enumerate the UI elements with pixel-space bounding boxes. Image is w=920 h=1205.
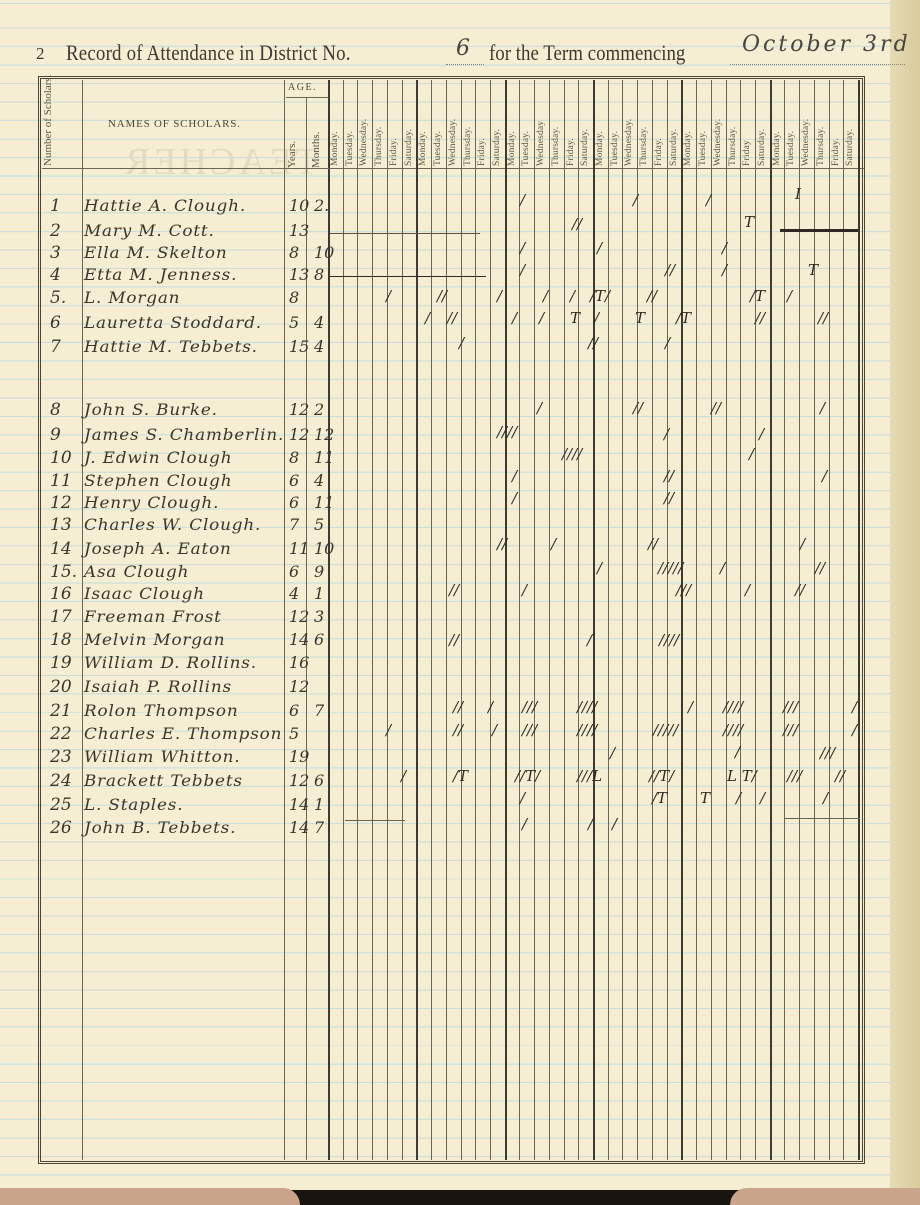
scholar-row: 19William D. Rollins.16 — [44, 653, 864, 673]
scholar-number: 9 — [50, 425, 61, 445]
attendance-mark: ///L — [577, 768, 602, 784]
attendance-mark: / — [852, 699, 857, 715]
scholar-number: 23 — [50, 747, 72, 767]
attendance-mark: /T — [652, 790, 667, 806]
attendance-mark: / — [745, 582, 750, 598]
scholar-name: Isaiah P. Rollins — [84, 677, 232, 696]
scholar-age-years: 11 — [289, 539, 309, 558]
page-edge — [890, 0, 920, 1190]
page-header: 2 Record of Attendance in District No. 6… — [36, 36, 876, 72]
scholar-age-years: 13 — [289, 265, 309, 284]
scholar-row: 20Isaiah P. Rollins12 — [44, 677, 864, 697]
scholar-number: 17 — [50, 607, 72, 627]
thumb-right — [730, 1188, 920, 1205]
attendance-mark: / — [633, 192, 638, 208]
attendance-mark: / — [759, 426, 764, 442]
attendance-mark: / — [512, 490, 517, 506]
attendance-mark: T — [570, 310, 580, 326]
attendance-mark: // — [815, 560, 825, 576]
day-header: Monday. — [418, 84, 430, 166]
scholar-age-months: 7 — [314, 818, 324, 837]
scholar-name: Isaac Clough — [84, 584, 205, 603]
attendance-mark: / — [594, 310, 599, 326]
attendance-mark: / — [610, 745, 615, 761]
scholar-age-years: 19 — [289, 747, 309, 766]
scholar-age-months: 8 — [314, 265, 324, 284]
scholar-age-years: 12 — [289, 425, 309, 444]
district-blank-line — [446, 64, 484, 65]
attendance-mark: // — [755, 310, 765, 326]
term-blank-line — [730, 64, 905, 65]
scholar-row: 8John S. Burke.122 — [44, 400, 864, 420]
attendance-mark: / — [722, 240, 727, 256]
scholar-age-months: 4 — [314, 337, 324, 356]
scholar-age-months: 4 — [314, 471, 324, 490]
day-header: Thursday. — [551, 84, 563, 166]
attendance-mark: T — [744, 214, 754, 230]
attendance-mark: ///// — [653, 722, 678, 738]
attendance-mark: // — [449, 632, 459, 648]
attendance-mark: / — [497, 288, 502, 304]
ink-rule-line — [330, 276, 486, 277]
attendance-mark: T — [808, 262, 818, 278]
district-number: 6 — [456, 36, 470, 61]
day-header: Monday. — [330, 84, 342, 166]
scholar-name: James S. Chamberlin. — [84, 425, 284, 444]
attendance-mark: // — [818, 310, 828, 326]
attendance-mark: / — [520, 262, 525, 278]
day-header: Friday — [742, 84, 754, 166]
attendance-mark: / — [665, 335, 670, 351]
scholar-name: William Whitton. — [84, 747, 240, 766]
scholar-age-years: 13 — [289, 221, 309, 240]
attendance-mark: /T — [453, 768, 468, 784]
ink-rule-line — [785, 818, 860, 819]
attendance-mark: // — [437, 288, 447, 304]
scholar-number: 13 — [50, 515, 72, 535]
day-header: Wednesday. — [448, 84, 460, 166]
attendance-mark: / — [823, 790, 828, 806]
header-years: Years. — [286, 108, 298, 168]
attendance-mark: //// — [497, 424, 517, 440]
attendance-mark: /// — [676, 582, 691, 598]
scholar-age-years: 5 — [289, 313, 299, 332]
scholar-number: 5. — [50, 288, 66, 308]
attendance-mark: L T/ — [727, 768, 757, 784]
attendance-mark: // — [648, 536, 658, 552]
attendance-mark: / — [522, 582, 527, 598]
day-header: Tuesday. — [610, 84, 622, 166]
scholar-age-months: 6 — [314, 771, 324, 790]
attendance-mark: ///// — [658, 560, 683, 576]
scholar-age-years: 16 — [289, 653, 309, 672]
scholar-age-months: 6 — [314, 630, 324, 649]
attendance-mark: / — [520, 240, 525, 256]
day-header: Friday. — [654, 84, 666, 166]
day-header: Friday. — [831, 84, 843, 166]
attendance-mark: // — [647, 288, 657, 304]
attendance-mark: / — [735, 744, 740, 760]
day-header: Monday. — [507, 84, 519, 166]
header-age: AGE. — [288, 82, 317, 93]
scholar-age-months: 2 — [314, 400, 324, 419]
scholar-age-months: 7 — [314, 701, 324, 720]
day-header: Saturday. — [404, 84, 416, 166]
day-header: Friday. — [566, 84, 578, 166]
scholar-age-months: 1 — [314, 584, 324, 603]
attendance-mark: // — [665, 262, 675, 278]
ink-rule-line — [780, 229, 858, 232]
attendance-mark: / — [722, 262, 727, 278]
scholar-row: 7Hattie M. Tebbets.154 — [44, 337, 864, 357]
attendance-mark: / — [492, 722, 497, 738]
scholar-age-years: 10 — [289, 196, 309, 215]
day-header: Friday. — [477, 84, 489, 166]
scholar-number: 18 — [50, 630, 72, 650]
scholar-age-years: 14 — [289, 795, 309, 814]
scholar-name: Charles W. Clough. — [84, 515, 261, 534]
day-header: Thursday. — [816, 84, 828, 166]
attendance-mark: / — [386, 722, 391, 738]
scholar-age-months: 11 — [314, 448, 334, 467]
attendance-mark: / — [459, 335, 464, 351]
day-header: Wednesday. — [801, 84, 813, 166]
scholar-age-months: 10 — [314, 243, 334, 262]
scholar-row: 26John B. Tebbets.147 — [44, 818, 864, 838]
attendance-mark: / — [512, 468, 517, 484]
scholar-number: 3 — [50, 243, 61, 263]
day-header: Thursday. — [639, 84, 651, 166]
scholar-name: Ella M. Skelton — [84, 243, 228, 262]
scholar-row: 13Charles W. Clough.75 — [44, 515, 864, 535]
attendance-mark: // — [588, 335, 598, 351]
scholar-age-months: 11 — [314, 493, 334, 512]
scholar-name: John B. Tebbets. — [84, 818, 236, 837]
day-header: Saturday. — [757, 84, 769, 166]
scholar-row: 12Henry Clough.611 — [44, 493, 864, 513]
attendance-mark: T — [635, 310, 645, 326]
age-underline — [286, 97, 328, 98]
scholar-age-years: 14 — [289, 818, 309, 837]
attendance-mark: / — [800, 536, 805, 552]
day-header: Saturday. — [845, 84, 857, 166]
attendance-mark: / — [664, 426, 669, 442]
scholar-name: John S. Burke. — [84, 400, 218, 419]
day-header: Tuesday. — [345, 84, 357, 166]
attendance-mark: / — [688, 699, 693, 715]
attendance-mark: // — [835, 768, 845, 784]
scholar-number: 25 — [50, 795, 72, 815]
attendance-mark: //// — [562, 446, 582, 462]
attendance-mark: / — [543, 288, 548, 304]
attendance-mark: /// — [522, 722, 537, 738]
scholar-name: L. Morgan — [84, 288, 180, 307]
attendance-mark: / — [522, 816, 527, 832]
attendance-mark: // — [572, 216, 582, 232]
attendance-mark: / — [736, 790, 741, 806]
day-header: Tuesday. — [786, 84, 798, 166]
scholar-age-years: 12 — [289, 400, 309, 419]
day-header: Monday. — [595, 84, 607, 166]
attendance-mark: /// — [522, 699, 537, 715]
scholar-age-years: 15 — [289, 337, 309, 356]
scholar-name: Rolon Thompson — [84, 701, 239, 720]
attendance-mark: /// — [783, 699, 798, 715]
attendance-mark: / — [425, 310, 430, 326]
scholar-number: 11 — [50, 471, 72, 491]
scholar-number: 15. — [50, 562, 77, 582]
attendance-mark: / — [570, 288, 575, 304]
attendance-mark: // — [449, 582, 459, 598]
attendance-mark: / — [706, 192, 711, 208]
day-header: Wednesday. — [359, 84, 371, 166]
term-start: October 3rd — [742, 32, 911, 57]
scholar-age-months: 2. — [314, 196, 329, 215]
day-header: Monday. — [683, 84, 695, 166]
day-header: Tuesday. — [698, 84, 710, 166]
scholar-number: 16 — [50, 584, 72, 604]
scholar-name: Joseph A. Eaton — [84, 539, 232, 558]
scholar-age-months: 12 — [314, 425, 334, 444]
attendance-mark: / — [588, 816, 593, 832]
attendance-mark: / — [760, 790, 765, 806]
scholar-age-years: 8 — [289, 448, 299, 467]
day-header: Tuesday. — [521, 84, 533, 166]
scholar-row: 3Ella M. Skelton810 — [44, 243, 864, 263]
header-names-of-scholars: NAMES OF SCHOLARS. — [108, 118, 241, 130]
scholar-number: 21 — [50, 701, 72, 721]
attendance-mark: // — [711, 400, 721, 416]
scholar-age-years: 12 — [289, 677, 309, 696]
scholar-age-years: 12 — [289, 771, 309, 790]
scholar-number: 19 — [50, 653, 72, 673]
scholar-name: Stephen Clough — [84, 471, 232, 490]
attendance-mark: / — [587, 632, 592, 648]
scholar-name: Charles E. Thompson — [84, 724, 282, 743]
attendance-mark: //// — [577, 699, 597, 715]
day-header: Saturday. — [580, 84, 592, 166]
attendance-mark: / — [520, 790, 525, 806]
scholar-age-months: 5 — [314, 515, 324, 534]
scholar-age-years: 8 — [289, 243, 299, 262]
scholar-age-months: 3 — [314, 607, 324, 626]
scholar-name: Melvin Morgan — [84, 630, 225, 649]
scholar-number: 26 — [50, 818, 72, 838]
attendance-mark: /T — [676, 310, 691, 326]
scholar-name: Asa Clough — [84, 562, 189, 581]
scholar-row: 2Mary M. Cott.13 — [44, 221, 864, 241]
title-prefix: Record of Attendance in District No. — [66, 40, 351, 66]
scholar-row: 11Stephen Clough64 — [44, 471, 864, 491]
day-header: Wednesday — [536, 84, 548, 166]
attendance-mark: / — [537, 400, 542, 416]
page-number: 2 — [36, 44, 45, 64]
attendance-mark: I — [795, 186, 801, 202]
scholar-row: 1Hattie A. Clough.102. — [44, 196, 864, 216]
scholar-age-years: 6 — [289, 493, 299, 512]
scholar-name: J. Edwin Clough — [84, 448, 232, 467]
scholar-name: Hattie A. Clough. — [84, 196, 246, 215]
scholar-number: 8 — [50, 400, 61, 420]
attendance-mark: / — [822, 468, 827, 484]
scholar-number: 6 — [50, 313, 61, 333]
header-number-of-scholars: Number of Scholars. — [42, 94, 80, 166]
scholar-age-months: 10 — [314, 539, 334, 558]
attendance-mark: //// — [723, 722, 743, 738]
ink-rule-line — [345, 820, 405, 821]
scholar-name: William D. Rollins. — [84, 653, 257, 672]
scholar-name: Henry Clough. — [84, 493, 219, 512]
scholar-age-years: 8 — [289, 288, 299, 307]
attendance-mark: / — [539, 310, 544, 326]
attendance-mark: //// — [723, 699, 743, 715]
attendance-mark: // — [447, 310, 457, 326]
attendance-mark: /// — [783, 722, 798, 738]
attendance-mark: / — [401, 768, 406, 784]
scholar-number: 7 — [50, 337, 61, 357]
attendance-mark: / — [720, 560, 725, 576]
header-months: Months. — [310, 108, 322, 168]
attendance-mark: //T/ — [515, 768, 540, 784]
scholar-age-years: 12 — [289, 607, 309, 626]
attendance-mark: //T/ — [649, 768, 674, 784]
attendance-mark: // — [453, 722, 463, 738]
attendance-mark: // — [664, 468, 674, 484]
scholar-age-years: 6 — [289, 562, 299, 581]
attendance-mark: / — [612, 816, 617, 832]
day-header: Thursday. — [728, 84, 740, 166]
attendance-mark: / — [386, 288, 391, 304]
attendance-mark: /T — [750, 288, 765, 304]
scholar-row: 4Etta M. Jenness.138 — [44, 265, 864, 285]
day-header: Monday. — [772, 84, 784, 166]
scholar-number: 10 — [50, 448, 72, 468]
scholar-row: 10J. Edwin Clough811 — [44, 448, 864, 468]
attendance-mark: //// — [577, 722, 597, 738]
scholar-number: 14 — [50, 539, 72, 559]
scholar-row: 23William Whitton.19 — [44, 747, 864, 767]
attendance-mark: / — [749, 446, 754, 462]
scholar-age-years: 6 — [289, 701, 299, 720]
scholar-age-years: 7 — [289, 515, 299, 534]
attendance-mark: / — [787, 288, 792, 304]
scholar-age-years: 6 — [289, 471, 299, 490]
scholar-number: 12 — [50, 493, 72, 513]
attendance-mark: / — [520, 192, 525, 208]
scholar-name: Freeman Frost — [84, 607, 222, 626]
scholar-number: 22 — [50, 724, 72, 744]
thumb-left — [0, 1188, 300, 1205]
attendance-mark: / — [488, 699, 493, 715]
day-header: Thursday. — [463, 84, 475, 166]
scholar-row: 9James S. Chamberlin.1212 — [44, 425, 864, 445]
scholar-name: Hattie M. Tebbets. — [84, 337, 258, 356]
day-header: Wednesday. — [624, 84, 636, 166]
day-header: Thursday. — [374, 84, 386, 166]
scholar-row: 17Freeman Frost123 — [44, 607, 864, 627]
day-header: Saturday. — [492, 84, 504, 166]
day-header: Wednesday. — [713, 84, 725, 166]
scholar-number: 1 — [50, 196, 61, 216]
attendance-mark: // — [497, 536, 507, 552]
attendance-mark: / — [551, 536, 556, 552]
scholar-number: 4 — [50, 265, 61, 285]
day-header: Tuesday. — [433, 84, 445, 166]
scholar-number: 24 — [50, 771, 72, 791]
day-header: Saturday. — [669, 84, 681, 166]
scholar-name: Lauretta Stoddard. — [84, 313, 262, 332]
scholar-age-years: 14 — [289, 630, 309, 649]
scholar-row: 5.L. Morgan8 — [44, 288, 864, 308]
attendance-mark: //// — [659, 632, 679, 648]
title-suffix: for the Term commencing — [489, 40, 685, 66]
attendance-mark: // — [633, 400, 643, 416]
attendance-mark: /// — [787, 768, 802, 784]
attendance-mark: /T/ — [590, 288, 610, 304]
attendance-mark: /// — [820, 745, 835, 761]
scholar-age-months: 1 — [314, 795, 324, 814]
scholar-age-months: 4 — [314, 313, 324, 332]
attendance-mark: // — [453, 699, 463, 715]
scholar-name: Brackett Tebbets — [84, 771, 243, 790]
attendance-mark: T — [700, 790, 710, 806]
attendance-mark: / — [597, 240, 602, 256]
scholar-number: 20 — [50, 677, 72, 697]
day-header: Friday. — [389, 84, 401, 166]
attendance-mark: / — [597, 560, 602, 576]
scholar-name: Etta M. Jenness. — [84, 265, 237, 284]
scholar-age-years: 4 — [289, 584, 299, 603]
attendance-mark: / — [820, 400, 825, 416]
scholar-number: 2 — [50, 221, 61, 241]
scholar-name: L. Staples. — [84, 795, 183, 814]
ink-rule-line — [330, 233, 480, 234]
scholar-age-months: 9 — [314, 562, 324, 581]
attendance-mark: / — [512, 310, 517, 326]
scholar-age-years: 5 — [289, 724, 299, 743]
attendance-mark: / — [852, 722, 857, 738]
attendance-mark: // — [795, 582, 805, 598]
scholar-row: 15.Asa Clough69 — [44, 562, 864, 582]
scholar-name: Mary M. Cott. — [84, 221, 215, 240]
attendance-mark: // — [664, 490, 674, 506]
scholar-row: 14Joseph A. Eaton1110 — [44, 539, 864, 559]
